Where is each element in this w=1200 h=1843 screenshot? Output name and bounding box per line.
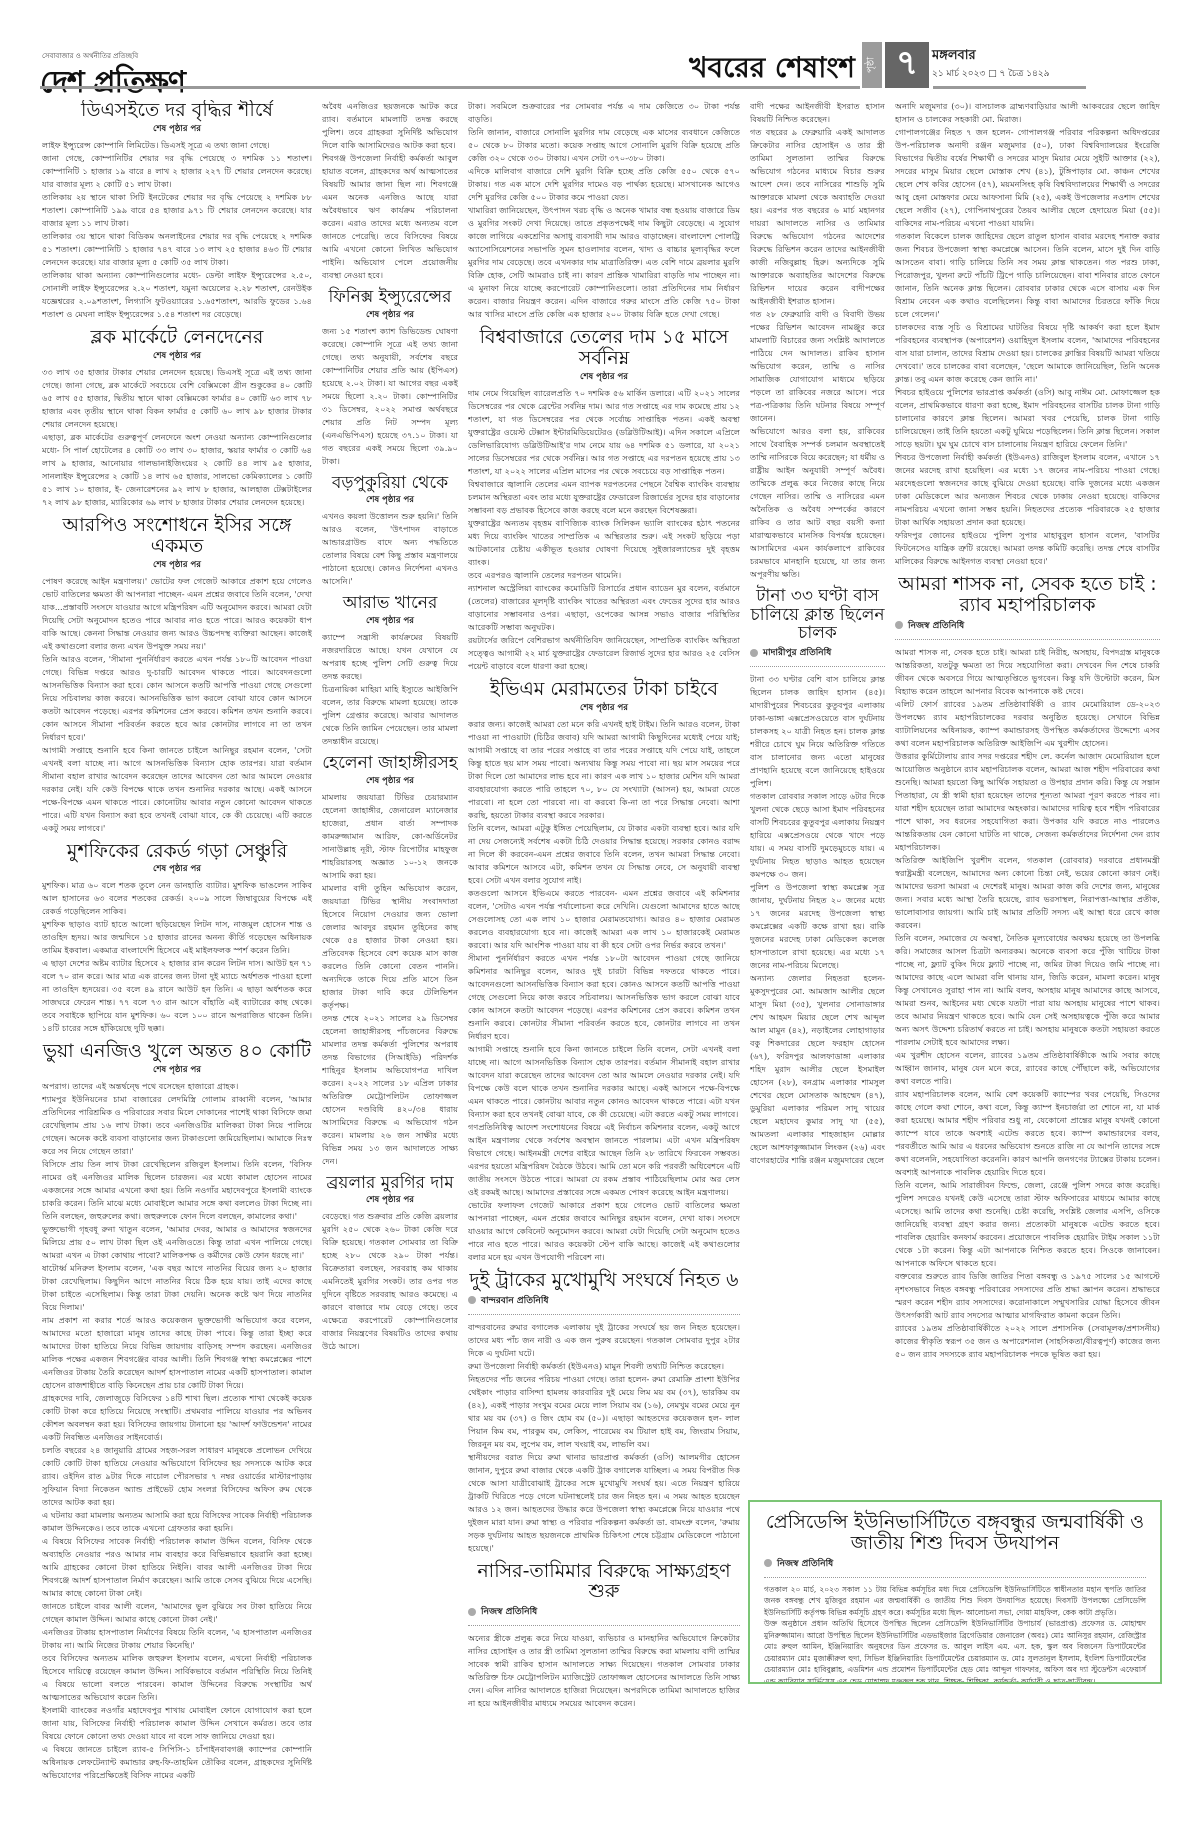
paragraph: গ্রাহকদের দাবি, জেলাজুড়ে বিসিফের ১৪টি শ… xyxy=(42,1392,312,1444)
paragraph: তিনি বলেন, সমাজের যে অবস্থা, নৈতিক মূল্য… xyxy=(895,932,1160,1049)
headline: দুই ট্রাকের মুখোমুখি সংঘর্ষে নিহত ৬ xyxy=(468,1270,740,1291)
paragraph: অন্যান্য জেলার নিহতরা হলেন- মুকসুদপুরের … xyxy=(750,972,885,1167)
paragraph: বিশ্ববাজারে জ্বালানি তেলের এমন ব্যাপক দর… xyxy=(468,478,740,517)
paragraph: জানতে চাইলে বাবর আলী বলেন, 'আমাদের ভুল ব… xyxy=(42,1600,312,1626)
paragraph: মুশফিক। মাত্র ৬০ বলে শতক তুলে নেন ডানহাত… xyxy=(42,879,312,918)
issue-day: মঙ্গলবার xyxy=(932,46,976,67)
article-nasir: নাসির-তামিমার বিরুদ্ধে সাক্ষ্যগ্রহণ শুরু… xyxy=(468,1561,740,1711)
paragraph: তবে বিসিফের অন্যতম মালিক জহুরুল ইসলাম বল… xyxy=(42,1652,312,1704)
paragraph: লাইফ ইন্স্যুরেন্স কোম্পানি লিমিটেড। ডিএস… xyxy=(42,139,312,152)
paragraph: টানা ৩৩ ঘণ্টার বেশি বাস চালিয়ে ক্লান্ত … xyxy=(750,673,885,790)
continued-label: শেষ পৃষ্ঠার পর xyxy=(322,774,458,788)
paragraph: গতকাল বিকেলে চালক জাহিদের ছেলে রাতুল হাস… xyxy=(895,230,1160,321)
article-trucks: দুই ট্রাকের মুখোমুখি সংঘর্ষে নিহত ৬ বান্… xyxy=(468,1270,740,1555)
paragraph: গোপালগঞ্জের নিহত ৭ জন হলেন- গোপালগঞ্জ পর… xyxy=(895,126,1160,230)
headline: ডিএসইতে দর বৃদ্ধির শীর্ষে xyxy=(42,100,312,121)
article-bus: টানা ৩৩ ঘণ্টা বাস চালিয়ে ক্লান্ত ছিলেন … xyxy=(750,587,885,1167)
article-body: এখনও কয়লা উত্তোলন শুরু হয়নি।' তিনি আরও… xyxy=(322,510,458,588)
article-body: ৩৩ লাখ ৩৫ হাজার টাকার শেয়ার লেনদেন হয়ে… xyxy=(42,366,312,509)
article-presidency-box: প্রেসিডেন্সি ইউনিভার্সিটিতে বঙ্গবন্ধুর জ… xyxy=(748,1500,1162,1684)
paragraph: এ বিষয়ে জানতে চাইলে র‍্যাব-৫ সিপিসি-১ চ… xyxy=(42,1743,312,1782)
article-oil: বিশ্ববাজারে তেলের দাম ১৫ মাসে সর্বনিম্ন … xyxy=(468,327,740,673)
paragraph: কতগুলো আসনে ইভিএমে করতে পারবেন- এমন প্রশ… xyxy=(468,887,740,952)
continued-label: শেষ পৃষ্ঠার পর xyxy=(42,122,312,136)
paragraph: এ ছাড়া দেশের অষ্টম ব্যাটার হিসেবে ২ হাজ… xyxy=(42,957,312,1035)
paragraph: স্থানীয়দের বরাত দিয়ে রুমা থানার ভারপ্র… xyxy=(468,1451,740,1555)
paragraph: তালিকায় ২য় স্থানে থাকা সিটি ইনটেকের শে… xyxy=(42,191,312,230)
paragraph: বাদী পক্ষের আইনজীবী ইসরাত হাসান বিষয়টি … xyxy=(750,100,885,126)
paragraph: বিসিফে প্রায় তিন লাখ টাকা রেখেছিলেন রজি… xyxy=(42,1158,312,1223)
paragraph: তালিকায় থাকা অন্যান্য কোম্পানিগুলোর মধ্… xyxy=(42,269,312,321)
paragraph: আমরা শাসক না, সেবক হতে চাই। আমরা চাই নির… xyxy=(895,646,1160,698)
byline-text: বান্দরবান প্রতিনিধি xyxy=(481,1293,549,1308)
paragraph: এলিট ফোর্স র‍্যাবের ১৯তম প্রতিষ্ঠাবার্ষি… xyxy=(895,698,1160,750)
article-fake-ngo: ভুয়া এনজিও খুলে অন্তত ৪০ কোটি শেষ পৃষ্ঠ… xyxy=(42,1041,312,1782)
paragraph: ক্যাম্পে সন্ত্রাসী কার্যক্রমের বিষয়টি ন… xyxy=(322,631,458,683)
headline: টানা ৩৩ ঘণ্টা বাস চালিয়ে ক্লান্ত ছিলেন … xyxy=(750,587,885,643)
paragraph: যুক্তরাষ্ট্রের অন্যতম বৃহত্তম বাণিজ্যিক … xyxy=(468,517,740,569)
article-body: আমরা শাসক না, সেবক হতে চাই। আমরা চাই নির… xyxy=(895,646,1160,1361)
paragraph: ভুক্তভোগী গৃহবধূ রুনা খাতুন বলেন, 'আমার … xyxy=(42,1223,312,1262)
byline: নিজস্ব প্রতিনিধি xyxy=(764,1554,1146,1578)
byline: বান্দরবান প্রতিনিধি xyxy=(468,1291,740,1315)
paragraph: টাকা। সবমিলে শুক্রবারের পর সোমবার পর্যন্… xyxy=(468,100,740,126)
article-arav-khan: আরাভ খানের শেষ পৃষ্ঠার পর ক্যাম্পে সন্ত্… xyxy=(322,594,458,748)
headline: আরপিও সংশোধনে ইসির সঙ্গে একমত xyxy=(42,515,312,557)
headline: বিশ্ববাজারে তেলের দাম ১৫ মাসে সর্বনিম্ন xyxy=(468,327,740,369)
paragraph: তিনি বলেন, আমি সারাজীবন ফিল্ডে, জেলা, রে… xyxy=(895,1179,1160,1270)
article-dse: ডিএসইতে দর বৃদ্ধির শীর্ষে শেষ পৃষ্ঠার পর… xyxy=(42,100,312,321)
paragraph: অবৈধ এনজিওর ছয়জনকে আটক করে র‍্যাব। বর্ত… xyxy=(322,100,458,152)
bullet-icon xyxy=(468,1608,476,1616)
article-broiler: ব্রয়লার মুরগির দাম শেষ পৃষ্ঠার পর বেড়ে… xyxy=(322,1174,458,1354)
continued-label: শেষ পৃষ্ঠার পর xyxy=(322,493,458,507)
headline: বড়পুকুরিয়া থেকে xyxy=(322,474,458,493)
paragraph: ইসলামী ব্যাংকের নওগাঁর মহাদেবপুর শাখায় … xyxy=(42,1704,312,1743)
issue-date: ২১ মার্চ ২০২৩ □ ৭ চৈত্র ১৪২৯ xyxy=(932,66,1050,81)
paragraph: এ বিষয়ে বিসিফের সাবেক নির্বাহী পরিচালক … xyxy=(42,1535,312,1600)
continued-label: শেষ পৃষ্ঠার পর xyxy=(42,862,312,876)
date-divider xyxy=(933,86,1086,89)
paragraph: এম খুরশীদ হোসেন বলেন, র‍্যাবের ১৯তম প্রত… xyxy=(895,1049,1160,1088)
article-barapukuria: বড়পুকুরিয়া থেকে শেষ পৃষ্ঠার পর এখনও কয… xyxy=(322,474,458,589)
paragraph: মামলার বাদী তুহিন অভিযোগ করেন, জয়যাত্রা… xyxy=(322,882,458,1012)
page-label: পৃষ্ঠা xyxy=(862,42,882,88)
headline: নাসির-তামিমার বিরুদ্ধে সাক্ষ্যগ্রহণ শুরু xyxy=(468,1561,740,1603)
paragraph: এদিকে মালিবাগ বাজারে দেশি মুরগি বিক্রি হ… xyxy=(468,165,740,204)
paragraph: অভিযোগে আরও বলা হয়, রাকিবের সাথে বৈবাহি… xyxy=(750,425,885,581)
article-phoenix: ফিনিক্স ইন্স্যুরেন্সের শেষ পৃষ্ঠার পর জন… xyxy=(322,288,458,468)
headline: ব্রয়লার মুরগির দাম xyxy=(322,1174,458,1193)
paragraph: চিত্রনায়িকা মাহিয়া মাহি ইস্যুতে আইজিপি… xyxy=(322,683,458,748)
paragraph: চলতি বছরের ২৪ জানুয়ারি গ্রামের সহজ-সরল … xyxy=(42,1444,312,1509)
paragraph: তবে এরপরও জ্বালানি তেলের দরপতন থামেনি। xyxy=(468,569,740,582)
paragraph: গতকাল রোববার সকাল সাড়ে ৬টার দিকে খুলনা … xyxy=(750,790,885,881)
headline: মুশফিকের রেকর্ড গড়া সেঞ্চুরি xyxy=(42,841,312,862)
paragraph: খামারিরা জানিয়েছেন, উৎপাদন খরচ বৃদ্ধি ও… xyxy=(468,204,740,321)
paragraph: রয়টার্সের জরিপে বেশিরভাগ অর্থনীতিবিদ জা… xyxy=(468,634,740,673)
paragraph: বক্তব্যের শুরুতে র‍্যাব ডিজি জাতির পিতা … xyxy=(895,1270,1160,1322)
article-block-market: ব্লক মার্কেটে লেনদেনের শেষ পৃষ্ঠার পর ৩৩… xyxy=(42,327,312,509)
article-body: বান্দরবানের রুমার বগালেক এলাকায় দুই ট্র… xyxy=(468,1321,740,1555)
paragraph: র‍্যাব মহাপরিচালক বলেন, আমি বেশ কয়েকটি … xyxy=(895,1088,1160,1179)
headline: আরাভ খানের xyxy=(322,594,458,613)
paragraph: ৩৩ লাখ ৩৫ হাজার টাকার শেয়ার লেনদেন হয়ে… xyxy=(42,366,312,431)
article-body-nasir-continued: বাদী পক্ষের আইনজীবী ইসরাত হাসান বিষয়টি … xyxy=(750,100,885,581)
article-body: মুশফিক। মাত্র ৬০ বলে শতক তুলে নেন ডানহাত… xyxy=(42,879,312,1035)
article-body: করার জন্য। কাজেই আমরা তো মনে করি এখনই হা… xyxy=(468,718,740,1264)
byline: মাদারীপুর প্রতিনিধি xyxy=(750,643,885,667)
byline: নিজস্ব প্রতিনিধি xyxy=(895,616,1160,640)
headline: প্রেসিডেন্সি ইউনিভার্সিটিতে বঙ্গবন্ধুর জ… xyxy=(764,1512,1146,1554)
paragraph: অন্যের স্ত্রীকে প্রলুব্ধ করে নিয়ে যাওয়… xyxy=(468,1632,740,1710)
paragraph: উক্ত অনুষ্ঠানে প্রধান অতিথি হিসেবে উপস্থ… xyxy=(764,1618,1146,1684)
page-number: ৭ xyxy=(885,42,929,88)
article-body-bus-continued: অনাদি মজুমদার (৩০)। বাসচালক ব্রাহ্মণবাড়… xyxy=(895,100,1160,568)
paragraph: বেড়েছে। গত শুক্রবার প্রতি কেজি ব্রয়লার… xyxy=(322,1210,458,1353)
paragraph: গত ২৮ ফেব্রুয়ারি বাদী ও বিবাদী উভয় পক্… xyxy=(750,308,885,425)
paragraph: জন্য ১৫ শতাংশ ক্যাশ ডিভিডেন্ড ঘোষণা করেছ… xyxy=(322,325,458,468)
article-body: গতকাল ২০ মার্চ, ২০২৩ সকাল ১১ টায় বিভিন্… xyxy=(764,1584,1146,1684)
paragraph: ফরিদপুর জোনের হাইওয়ে পুলিশ সুপার মাহাবু… xyxy=(895,529,1160,568)
paragraph: তদন্ত শেষে ২০২১ সালের ২৯ ডিসেম্বর হেলেনা… xyxy=(322,1012,458,1168)
bullet-icon xyxy=(750,649,758,657)
continued-label: শেষ পৃষ্ঠার পর xyxy=(468,370,740,384)
paragraph: শ্যামপুর ইউনিয়নের চামা বাজারের লেদমিস্ত… xyxy=(42,1093,312,1158)
paragraph: মুশফিক ছাড়াও ব্যাট হাতে আলো ছড়িয়েছেন … xyxy=(42,918,312,957)
paragraph: ভোটের ফলাফল গেজেট আকারে প্রকাশ হয়ে গেলে… xyxy=(468,1199,740,1264)
paragraph: নাম প্রকাশ না করার শর্তে আরও কয়েকজন ভুক… xyxy=(42,1314,312,1392)
continued-label: শেষ পৃষ্ঠার পর xyxy=(42,349,312,363)
paragraph: পোষণ করেছে আইন মন্ত্রণালয়।' ভোটের ফল গে… xyxy=(42,575,312,653)
continued-label: শেষ পৃষ্ঠার পর xyxy=(322,614,458,628)
section-divider xyxy=(600,86,860,89)
paragraph: শিবগঞ্জ উপজেলা নির্বাহী কর্মকর্তা আবুল হ… xyxy=(322,152,458,282)
paragraph: এখনও কয়লা উত্তোলন শুরু হয়নি।' তিনি আরও… xyxy=(322,510,458,588)
continued-label: শেষ পৃষ্ঠার পর xyxy=(322,1193,458,1207)
paragraph: করার জন্য। কাজেই আমরা তো মনে করি এখনই হা… xyxy=(468,718,740,822)
headline: ফিনিক্স ইন্স্যুরেন্সের xyxy=(322,288,458,307)
byline: নিজস্ব প্রতিনিধি xyxy=(468,1602,740,1626)
byline-text: নিজস্ব প্রতিনিধি xyxy=(908,618,964,633)
paragraph: দাম নেমে গিয়েছিল ব্যারেলপ্রতি ৭০ দশমিক … xyxy=(468,387,740,478)
article-rab: আমরা শাসক না, সেবক হতে চাই : র‍্যাব মহাপ… xyxy=(895,574,1160,1361)
paragraph: গত বছরের ৯ ফেব্রুয়ারি একই আদালত ক্রিকেট… xyxy=(750,126,885,308)
paragraph: জানা গেছে, কোম্পানিটির শেয়ার দর বৃদ্ধি … xyxy=(42,152,312,191)
article-body: জন্য ১৫ শতাংশ ক্যাশ ডিভিডেন্ড ঘোষণা করেছ… xyxy=(322,325,458,468)
continued-label: শেষ পৃষ্ঠার পর xyxy=(322,308,458,322)
paragraph: অপরাগ। তাদের এই অন্তর্দ্বন্দ্বে পথে বসেছ… xyxy=(42,1080,312,1093)
paragraph: এনজিওর টাকায় হাসপাতাল নির্মাণের বিষয়ে … xyxy=(42,1626,312,1652)
paragraph: নিহতদের পাঁচ জনের পরিচয় পাওয়া গেছে। তা… xyxy=(468,1373,740,1451)
article-mushfiq: মুশফিকের রেকর্ড গড়া সেঞ্চুরি শেষ পৃষ্ঠা… xyxy=(42,841,312,1036)
column-1: ডিএসইতে দর বৃদ্ধির শীর্ষে শেষ পৃষ্ঠার পর… xyxy=(42,100,312,1790)
byline-text: মাদারীপুর প্রতিনিধি xyxy=(763,645,831,660)
paragraph: মামলায় জয়যাত্রা টিভির চেয়ারম্যান হেলে… xyxy=(322,791,458,882)
paragraph: অনাদি মজুমদার (৩০)। বাসচালক ব্রাহ্মণবাড়… xyxy=(895,100,1160,126)
headline: ভুয়া এনজিও খুলে অন্তত ৪০ কোটি xyxy=(42,1041,312,1062)
paragraph: সীমানা পুনর্নির্ধারণ করতে এখন পর্যন্ত ১৮… xyxy=(468,952,740,1043)
paragraph: অতিরিক্ত আইজিপি খুরশীদ বলেন, গতকাল (রোবব… xyxy=(895,854,1160,932)
paragraph: র‍্যাবের ১৯তম প্রতিষ্ঠাবার্ষিকীতে ২০২২ স… xyxy=(895,1322,1160,1361)
article-rpo: আরপিও সংশোধনে ইসির সঙ্গে একমত শেষ পৃষ্ঠা… xyxy=(42,515,312,835)
column-2: অবৈধ এনজিওর ছয়জনকে আটক করে র‍্যাব। বর্ত… xyxy=(322,100,458,1790)
bullet-icon xyxy=(764,1559,772,1567)
article-evm: ইভিএম মেরামতের টাকা চাইবে শেষ পৃষ্ঠার পর… xyxy=(468,679,740,1264)
article-body: লাইফ ইন্স্যুরেন্স কোম্পানি লিমিটেড। ডিএস… xyxy=(42,139,312,321)
headline: আমরা শাসক না, সেবক হতে চাই : র‍্যাব মহাপ… xyxy=(895,574,1160,616)
paragraph: বান্দরবানের রুমার বগালেক এলাকায় দুই ট্র… xyxy=(468,1321,740,1360)
continued-label: শেষ পৃষ্ঠার পর xyxy=(42,558,312,572)
bullet-icon xyxy=(468,1296,476,1304)
paragraph: চালকদের ব্যস্ত সূচি ও বিশ্রামের ঘাটতির ব… xyxy=(895,321,1160,386)
article-helena: হেলেনা জাহাঙ্গীরসহ শেষ পৃষ্ঠার পর মামলায… xyxy=(322,754,458,1168)
byline-text: নিজস্ব প্রতিনিধি xyxy=(481,1604,537,1619)
article-body: অপরাগ। তাদের এই অন্তর্দ্বন্দ্বে পথে বসেছ… xyxy=(42,1080,312,1782)
continued-label: শেষ পৃষ্ঠার পর xyxy=(468,701,740,715)
paragraph: ষাটোর্ধ্ব মনিরুল ইসলাম বলেন, 'এক বছর আগে… xyxy=(42,1262,312,1314)
paragraph: শিবচর হাইওয়ে পুলিশের ভারপ্রাপ্ত কর্মকর্… xyxy=(895,386,1160,451)
article-body-ngo-continued: অবৈধ এনজিওর ছয়জনকে আটক করে র‍্যাব। বর্ত… xyxy=(322,100,458,282)
article-body: ক্যাম্পে সন্ত্রাসী কার্যক্রমের বিষয়টি ন… xyxy=(322,631,458,748)
article-body-broiler-continued: টাকা। সবমিলে শুক্রবারের পর সোমবার পর্যন্… xyxy=(468,100,740,321)
continued-label: শেষ পৃষ্ঠার পর xyxy=(42,1063,312,1077)
article-body: অন্যের স্ত্রীকে প্রলুব্ধ করে নিয়ে যাওয়… xyxy=(468,1632,740,1710)
article-body: দাম নেমে গিয়েছিল ব্যারেলপ্রতি ৭০ দশমিক … xyxy=(468,387,740,673)
paragraph: আগামী সপ্তাহে শুনানি হবে কিনা জানতে চাইল… xyxy=(42,744,312,835)
paragraph: রুমা উপজেলা নির্বাহী কর্মকর্তা (ইউএনও) ম… xyxy=(468,1360,740,1373)
paragraph: ন্যাশনাল অস্ট্রেলিয়া ব্যাংকের কমোডিটি র… xyxy=(468,582,740,634)
article-body: পোষণ করেছে আইন মন্ত্রণালয়।' ভোটের ফল গে… xyxy=(42,575,312,835)
headline: হেলেনা জাহাঙ্গীরসহ xyxy=(322,754,458,773)
paragraph: পুলিশ ও উপজেলা স্বাস্থ্য কমপ্লেক্স সূত্র… xyxy=(750,881,885,972)
headline: ইভিএম মেরামতের টাকা চাইবে xyxy=(468,679,740,700)
headline: ব্লক মার্কেটে লেনদেনের xyxy=(42,327,312,348)
paragraph: তিনি জানান, বাজারে সোনালি মুরগির দাম বেড… xyxy=(468,126,740,165)
paragraph: এ ঘটনায় করা মামলায় অন্যতম আসামি করা হয… xyxy=(42,1509,312,1535)
article-body: টানা ৩৩ ঘণ্টার বেশি বাস চালিয়ে ক্লান্ত … xyxy=(750,673,885,1167)
article-body: বেড়েছে। গত শুক্রবার প্রতি কেজি ব্রয়লার… xyxy=(322,1210,458,1353)
paragraph: তিনি বলেন, আমরা এটুকু ইঙ্গিত পেয়েছিলাম,… xyxy=(468,822,740,887)
masthead-divider xyxy=(40,86,600,89)
paragraph: তিনি আরও বলেন, 'সীমানা পুনর্নির্ধারণ করত… xyxy=(42,653,312,744)
paragraph: এছাড়া, ব্লক মার্কেটের গুরুত্বপূর্ণ লেনদ… xyxy=(42,431,312,509)
article-body: মামলায় জয়যাত্রা টিভির চেয়ারম্যান হেলে… xyxy=(322,791,458,1168)
column-4: বাদী পক্ষের আইনজীবী ইসরাত হাসান বিষয়টি … xyxy=(750,100,885,1390)
paragraph: শিবচর উপজেলা নির্বাহী কর্মকর্তা (ইউএনও) … xyxy=(895,451,1160,529)
paragraph: গণপ্রতিনিধিত্ব আদেশ সংশোধনের বিষয়ে এই ন… xyxy=(468,1121,740,1199)
paragraph: আগামী সপ্তাহে শুনানি হবে কিনা জানতে চাইল… xyxy=(468,1043,740,1121)
paragraph: তালিকার ৩য় স্থানে থাকা বিডিকম অনলাইনের … xyxy=(42,230,312,269)
paragraph: উত্তরার কুর্মিটোলায় র‍্যাব সদর দপ্তরের … xyxy=(895,750,1160,854)
column-5: অনাদি মজুমদার (৩০)। বাসচালক ব্রাহ্মণবাড়… xyxy=(895,100,1160,1370)
byline-text: নিজস্ব প্রতিনিধি xyxy=(777,1556,833,1571)
bullet-icon xyxy=(895,621,903,629)
column-3: টাকা। সবমিলে শুক্রবারের পর সোমবার পর্যন্… xyxy=(468,100,740,1790)
paragraph: গতকাল ২০ মার্চ, ২০২৩ সকাল ১১ টায় বিভিন্… xyxy=(764,1584,1146,1619)
